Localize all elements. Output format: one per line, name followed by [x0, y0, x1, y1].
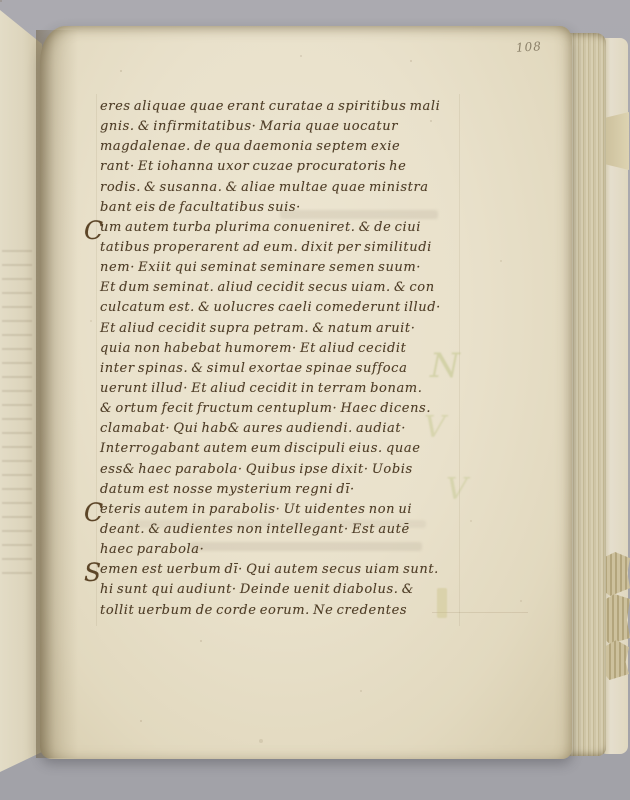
text-line: bant eis de facultatibus suis· [100, 200, 468, 220]
parchment-speckles [0, 0, 2, 2]
text-line-content: quia non habebat humorem· Et aliud cecid… [100, 341, 406, 356]
text-line: & ortum fecit fructum centuplum· Haec di… [100, 401, 468, 421]
manuscript-photo: 108 N V V eres aliquae quae erant curata… [0, 0, 630, 800]
text-line-content: datum est nosse mysterium regni dī· [100, 482, 355, 497]
text-line-content: & ortum fecit fructum centuplum· Haec di… [100, 401, 431, 416]
text-line-content: eres aliquae quae erant curatae a spirit… [100, 99, 440, 114]
text-line: Interrogabant autem eum discipuli eius. … [100, 441, 468, 461]
text-line-content: Et aliud cecidit supra petram. & natum a… [100, 321, 415, 336]
text-line: Et aliud cecidit supra petram. & natum a… [100, 321, 468, 341]
text-block: eres aliquae quae erant curatae a spirit… [100, 99, 468, 623]
text-line: S emen est uerbum dī· Qui autem secus ui… [100, 562, 468, 582]
text-line: eres aliquae quae erant curatae a spirit… [100, 99, 468, 119]
text-line-content: emen est uerbum dī· Qui autem secus uiam… [100, 562, 439, 577]
text-line: nem· Exiit qui seminat seminare semen su… [100, 260, 468, 280]
text-line-content: bant eis de facultatibus suis· [100, 200, 301, 215]
text-line-content: um autem turba plurima conueniret. & de … [100, 220, 421, 235]
text-line-content: hi sunt qui audiunt· Deinde uenit diabol… [100, 582, 414, 597]
text-line: culcatum est. & uolucres caeli comederun… [100, 300, 468, 320]
text-line-content: eteris autem in parabolis· Ut uidentes n… [100, 502, 412, 517]
text-line-content: deant. & audientes non intellegant· Est … [100, 522, 410, 537]
text-line: tollit uerbum de corde eorum. Ne credent… [100, 603, 468, 623]
text-line-content: culcatum est. & uolucres caeli comederun… [100, 300, 441, 315]
text-line: inter spinas. & simul exortae spinae suf… [100, 361, 468, 381]
folio-number: 108 [516, 39, 543, 55]
text-line: C eteris autem in parabolis· Ut uidentes… [100, 502, 468, 522]
text-line: Et dum seminat. aliud cecidit secus uiam… [100, 280, 468, 300]
text-line: C um autem turba plurima conueniret. & d… [100, 220, 468, 240]
text-line: hi sunt qui audiunt· Deinde uenit diabol… [100, 582, 468, 602]
text-line-content: nem· Exiit qui seminat seminare semen su… [100, 260, 421, 275]
text-line-content: inter spinas. & simul exortae spinae suf… [100, 361, 407, 376]
text-line-content: clamabat· Qui hab& aures audiendi. audia… [100, 421, 406, 436]
text-line-content: Interrogabant autem eum discipuli eius. … [100, 441, 421, 456]
text-line: clamabat· Qui hab& aures audiendi. audia… [100, 421, 468, 441]
text-line: magdalenae. de qua daemonia septem exie [100, 139, 468, 159]
text-line-content: uerunt illud· Et aliud cecidit in terram… [100, 381, 422, 396]
page-stack-fore-edge [566, 33, 606, 756]
text-line-content: tollit uerbum de corde eorum. Ne credent… [100, 603, 407, 618]
text-line-content: gnis. & infirmitatibus· Maria quae uocat… [100, 119, 398, 134]
text-line: haec parabola· [100, 542, 468, 562]
text-line: rodis. & susanna. & aliae multae quae mi… [100, 180, 468, 200]
text-line: quia non habebat humorem· Et aliud cecid… [100, 341, 468, 361]
facing-page-edge [0, 0, 42, 774]
text-line-content: Et dum seminat. aliud cecidit secus uiam… [100, 280, 435, 295]
text-line-content: magdalenae. de qua daemonia septem exie [100, 139, 400, 154]
text-line: datum est nosse mysterium regni dī· [100, 482, 468, 502]
text-line-content: rodis. & susanna. & aliae multae quae mi… [100, 180, 429, 195]
bleed-through-text [2, 238, 32, 578]
text-line: rant· Et iohanna uxor cuzae procuratoris… [100, 159, 468, 179]
ruling-line [96, 94, 97, 626]
text-line: tatibus properarent ad eum. dixit per si… [100, 240, 468, 260]
text-line: uerunt illud· Et aliud cecidit in terram… [100, 381, 468, 401]
text-line-content: rant· Et iohanna uxor cuzae procuratoris… [100, 159, 406, 174]
text-line: ess& haec parabola· Quibus ipse dixit· U… [100, 462, 468, 482]
text-line-content: tatibus properarent ad eum. dixit per si… [100, 240, 432, 255]
text-line: deant. & audientes non intellegant· Est … [100, 522, 468, 542]
text-line: gnis. & infirmitatibus· Maria quae uocat… [100, 119, 468, 139]
text-line-content: haec parabola· [100, 542, 204, 557]
text-line-content: ess& haec parabola· Quibus ipse dixit· U… [100, 462, 413, 477]
